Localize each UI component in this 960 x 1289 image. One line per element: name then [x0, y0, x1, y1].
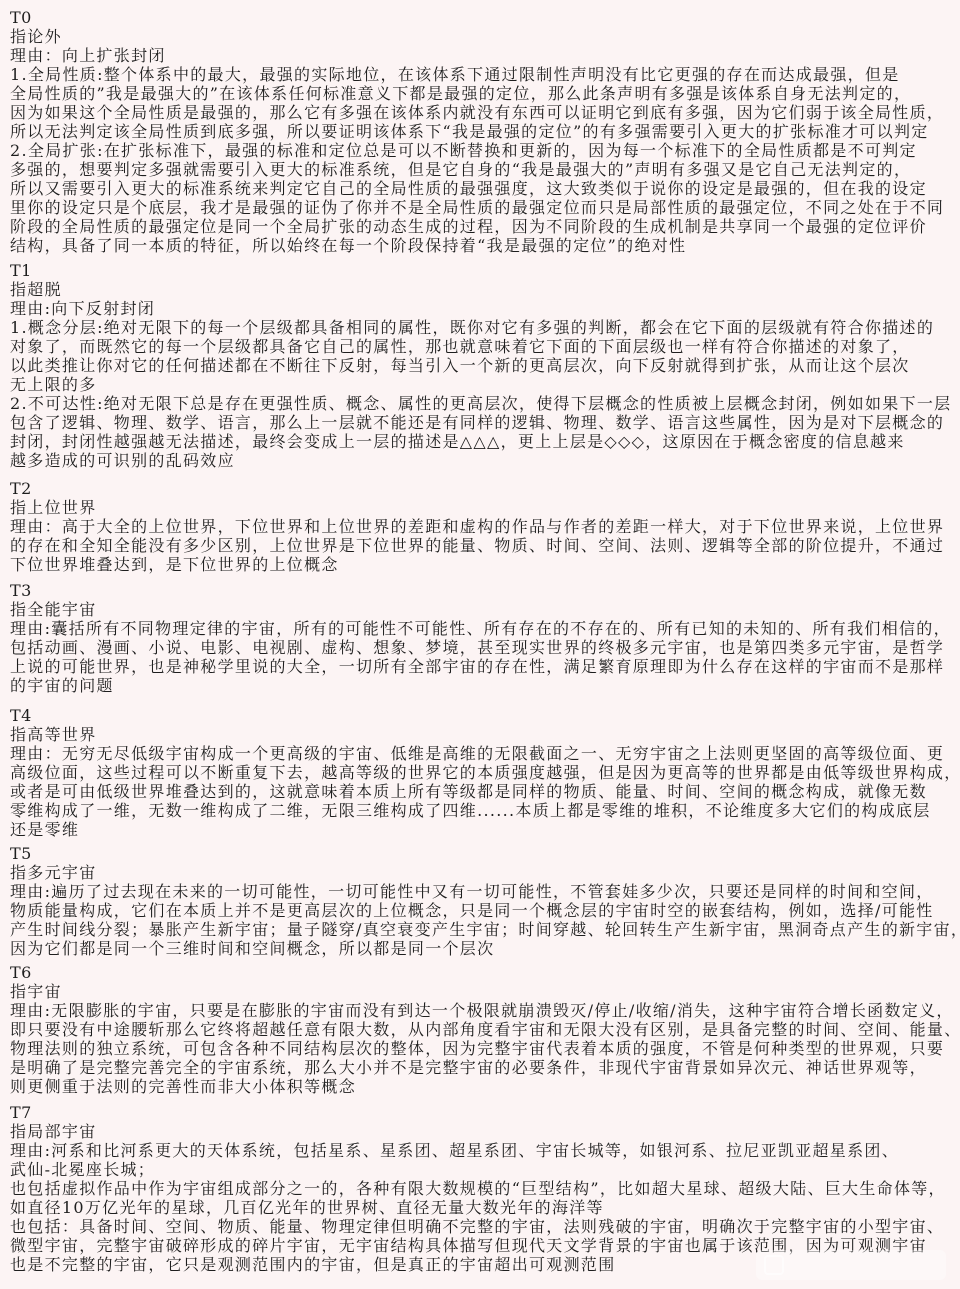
body-line: 结构，具备了同一本质的特征，所以始终在每一个阶段保持着“我是最强的定位”的绝对性 — [10, 236, 960, 255]
body-line: 武仙-北冕座长城； — [10, 1160, 960, 1179]
section-label: T6 — [10, 963, 960, 982]
body-line: 是明确了是完整完善完全的宇宙系统，那么大小并不是完整宇宙的必要条件，非现代宇宙背… — [10, 1058, 960, 1077]
section-reason: 理由:无限膨胀的宇宙，只要是在膨胀的宇宙而没有到达一个极限就崩溃毁灭/停止/收缩… — [10, 1001, 960, 1020]
document: T0 指论外 理由：向上扩张封闭 1.全局性质:整个体系中的最大，最强的实际地位… — [0, 0, 960, 1289]
body-line: 高级位面，这些过程可以不断重复下去，越高等级的世界它的本质强度越强，但是因为更高… — [10, 763, 960, 782]
section-title: 指高等世界 — [10, 725, 960, 744]
section-title: 指全能宇宙 — [10, 600, 960, 619]
section-reason: 理由：高于大全的上位世界，下位世界和上位世界的差距和虚构的作品与作者的差距一样大… — [10, 517, 960, 536]
section-reason: 理由:河系和比河系更大的天体系统，包括星系、星系团、超星系团、宇宙长城等，如银河… — [10, 1141, 960, 1160]
section-label: T1 — [10, 261, 960, 280]
body-line: 全局性质的”我是最强大的”在该体系任何标准意义下都是最强的定位，那么此条声明有多… — [10, 84, 960, 103]
body-line: 2.不可达性:绝对无限下总是存在更强性质、概念、属性的更高层次，使得下层概念的性… — [10, 394, 960, 413]
body-line: 封闭，封闭性越强越无法描述，最终会变成上一层的描述是△△△，更上上层是◇◇◇，这… — [10, 432, 960, 451]
body-line: 里你的设定只是个底层，我才是最强的证伪了你并不是全局性质的最强定位而只是局部性质… — [10, 198, 960, 217]
section-label: T0 — [10, 8, 960, 27]
body-line: 2.全局扩张:在扩张标准下，最强的标准和定位总是可以不断替换和更新的，因为每一个… — [10, 141, 960, 160]
section-t0: T0 指论外 理由：向上扩张封闭 1.全局性质:整个体系中的最大，最强的实际地位… — [10, 8, 960, 255]
body-line: 的存在和全知全能没有多少区别，上位世界是下位世界的能量、物质、时间、空间、法则、… — [10, 536, 960, 555]
section-t6: T6 指宇宙 理由:无限膨胀的宇宙，只要是在膨胀的宇宙而没有到达一个极限就崩溃毁… — [10, 963, 960, 1096]
body-line: 1.概念分层:绝对无限下的每一个层级都具备相同的属性，既你对它有多强的判断，都会… — [10, 318, 960, 337]
section-reason: 理由：无穷无尽低级宇宙构成一个更高级的宇宙、低维是高维的无限截面之一、无穷宇宙之… — [10, 744, 960, 763]
body-line: 零维构成了一维，无数一维构成了二维，无限三维构成了四维......本质上都是零维… — [10, 801, 960, 820]
body-line: 包含了逻辑、物理、数学、语言，那么上一层就不能还是有同样的逻辑、物理、数学、语言… — [10, 413, 960, 432]
section-t1: T1 指超脱 理由:向下反射封闭 1.概念分层:绝对无限下的每一个层级都具备相同… — [10, 261, 960, 470]
body-line: 物理法则的独立系统，可包含各种不同结构层次的整体，因为完整宇宙代表着本质的强度，… — [10, 1039, 960, 1058]
body-line: 产生时间线分裂；暴胀产生新宇宙；量子隧穿/真空衰变产生宇宙；时间穿越、轮回转生产… — [10, 920, 960, 939]
body-line: 无上限的多 — [10, 375, 960, 394]
body-line: 越多造成的可识别的乱码效应 — [10, 451, 960, 470]
section-reason: 理由:遍历了过去现在未来的一切可能性，一切可能性中又有一切可能性，不管套娃多少次… — [10, 882, 960, 901]
body-line: 1.全局性质:整个体系中的最大，最强的实际地位，在该体系下通过限制性声明没有比它… — [10, 65, 960, 84]
section-t2: T2 指上位世界 理由：高于大全的上位世界，下位世界和上位世界的差距和虚构的作品… — [10, 479, 960, 574]
section-label: T7 — [10, 1103, 960, 1122]
body-line: 还是零维 — [10, 820, 960, 839]
section-title: 指局部宇宙 — [10, 1122, 960, 1141]
body-line: 也包括虚拟作品中作为宇宙组成部分之一的，各种有限大数规模的“巨型结构”，比如超大… — [10, 1179, 960, 1198]
section-title: 指多元宇宙 — [10, 863, 960, 882]
body-line: 的宇宙的问题 — [10, 676, 960, 695]
section-title: 指宇宙 — [10, 982, 960, 1001]
section-reason: 理由:向下反射封闭 — [10, 299, 960, 318]
body-line: 多强的，想要判定多强就需要引入更大的标准系统，但是它自身的“我是最强大的”声明有… — [10, 160, 960, 179]
section-title: 指论外 — [10, 27, 960, 46]
section-reason: 理由：向上扩张封闭 — [10, 46, 960, 65]
watermark-logo-icon — [764, 1255, 784, 1275]
section-label: T2 — [10, 479, 960, 498]
section-t4: T4 指高等世界 理由：无穷无尽低级宇宙构成一个更高级的宇宙、低维是高维的无限截… — [10, 706, 960, 839]
body-line: 如直径10万亿光年的星球，几百亿光年的世界树、直径无量大数光年的海洋等 — [10, 1198, 960, 1217]
body-line: 因为它们都是同一个三维时间和空间概念，所以都是同一个层次 — [10, 939, 960, 958]
body-line: 以此类推让你对它的任何描述都在不断往下反射，每当引入一个新的更高层次，向下反射就… — [10, 356, 960, 375]
section-reason: 理由:囊括所有不同物理定律的宇宙，所有的可能性不可能性、所有存在的不存在的、所有… — [10, 619, 960, 638]
section-t3: T3 指全能宇宙 理由:囊括所有不同物理定律的宇宙，所有的可能性不可能性、所有存… — [10, 581, 960, 695]
section-title: 指上位世界 — [10, 498, 960, 517]
body-line: 下位世界堆叠达到，是下位世界的上位概念 — [10, 555, 960, 574]
body-line: 或者是可由低级世界堆叠达到的，这就意味着本质上所有等级都是同样的物质、能量、时间… — [10, 782, 960, 801]
body-line: 包括动画、漫画、小说、电影、电视剧、虚构、想象、梦境，甚至现实世界的终极多元宇宙… — [10, 638, 960, 657]
section-label: T5 — [10, 844, 960, 863]
section-t7: T7 指局部宇宙 理由:河系和比河系更大的天体系统，包括星系、星系团、超星系团、… — [10, 1103, 960, 1274]
section-t5: T5 指多元宇宙 理由:遍历了过去现在未来的一切可能性，一切可能性中又有一切可能… — [10, 844, 960, 958]
section-label: T4 — [10, 706, 960, 725]
body-line: 所以无法判定该全局性质到底多强，所以要证明该体系下“我是最强的定位”的有多强需要… — [10, 122, 960, 141]
body-line: 即只要没有中途腰斩那么它终将超越任意有限大数，从内部角度看宇宙和无限大没有区别，… — [10, 1020, 960, 1039]
body-line: 所以又需要引入更大的标准系统来判定它自己的全局性质的最强强度，这大致类似于说你的… — [10, 179, 960, 198]
body-line: 上说的可能世界，也是神秘学里说的大全，一切所有全部宇宙的存在性，满足繁育原理即为… — [10, 657, 960, 676]
body-line: 物质能量构成，它们在本质上并不是更高层次的上位概念，只是同一个概念层的宇宙时空的… — [10, 901, 960, 920]
body-line: 因为如果这个全局性质是最强的，那么它有多强在该体系内就没有东西可以证明它到底有多… — [10, 103, 960, 122]
body-line: 也包括：具备时间、空间、物质、能量、物理定律但明确不完整的宇宙，法则残破的宇宙，… — [10, 1217, 960, 1236]
body-line: 阶段的全局性质的最强定位是同一个全局扩张的动态生成的过程，因为不同阶段的生成机制… — [10, 217, 960, 236]
section-label: T3 — [10, 581, 960, 600]
body-line: 对象了，而既然它的每一个层级都具备它自己的属性，那也就意味着它下面的下面层级也一… — [10, 337, 960, 356]
body-line: 则更侧重于法则的完善性而非大小体积等概念 — [10, 1077, 960, 1096]
section-title: 指超脱 — [10, 280, 960, 299]
watermark — [756, 1250, 946, 1280]
